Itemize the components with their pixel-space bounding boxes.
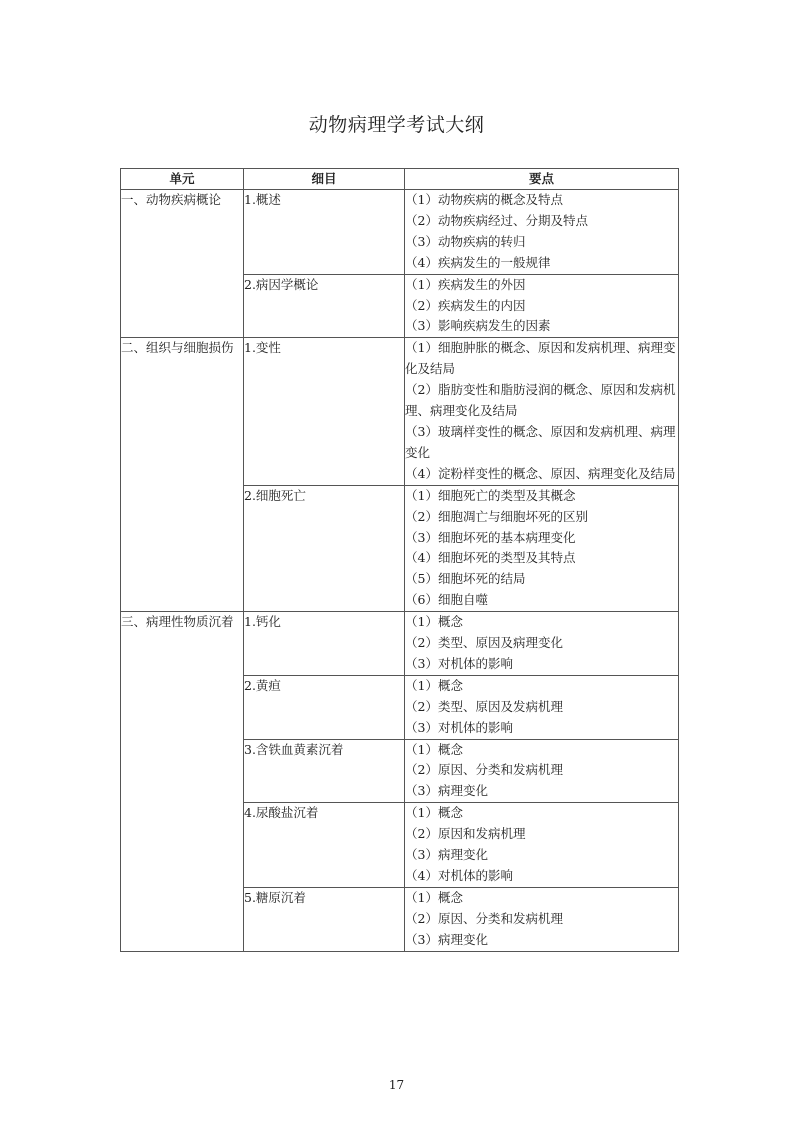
point: （4）淀粉样变性的概念、原因、病理变化及结局 bbox=[405, 464, 678, 485]
point: （2）原因、分类和发病机理 bbox=[405, 909, 678, 930]
table-row: 二、组织与细胞损伤 1.变性 （1）细胞肿胀的概念、原因和发病机理、病理变化及结… bbox=[121, 338, 679, 485]
header-points: 要点 bbox=[405, 169, 679, 190]
point: （1）概念 bbox=[405, 803, 678, 824]
point: （2）原因、分类和发病机理 bbox=[405, 760, 678, 781]
points-cell: （1）概念 （2）类型、原因及病理变化 （3）对机体的影响 bbox=[405, 612, 679, 676]
point: （1）细胞肿胀的概念、原因和发病机理、病理变化及结局 bbox=[405, 338, 678, 380]
table-row: 一、动物疾病概论 1.概述 （1）动物疾病的概念及特点 （2）动物疾病经过、分期… bbox=[121, 190, 679, 275]
point: （4）疾病发生的一般规律 bbox=[405, 253, 678, 274]
header-unit: 单元 bbox=[121, 169, 244, 190]
header-item: 细目 bbox=[244, 169, 405, 190]
item-cell: 4.尿酸盐沉着 bbox=[244, 803, 405, 888]
point: （3）细胞坏死的基本病理变化 bbox=[405, 528, 678, 549]
point: （3）病理变化 bbox=[405, 930, 678, 951]
item-cell: 3.含铁血黄素沉着 bbox=[244, 739, 405, 803]
point: （2）类型、原因及发病机理 bbox=[405, 697, 678, 718]
points-cell: （1）动物疾病的概念及特点 （2）动物疾病经过、分期及特点 （3）动物疾病的转归… bbox=[405, 190, 679, 275]
point: （1）概念 bbox=[405, 888, 678, 909]
point: （2）类型、原因及病理变化 bbox=[405, 633, 678, 654]
point: （1）细胞死亡的类型及其概念 bbox=[405, 486, 678, 507]
point: （3）病理变化 bbox=[405, 781, 678, 802]
point: （2）原因和发病机理 bbox=[405, 824, 678, 845]
item-cell: 2.细胞死亡 bbox=[244, 485, 405, 611]
points-cell: （1）疾病发生的外因 （2）疾病发生的内因 （3）影响疾病发生的因素 bbox=[405, 274, 679, 338]
item-cell: 2.病因学概论 bbox=[244, 274, 405, 338]
point: （3）病理变化 bbox=[405, 845, 678, 866]
unit-cell: 三、病理性物质沉着 bbox=[121, 612, 244, 952]
item-cell: 1.概述 bbox=[244, 190, 405, 275]
unit-cell: 二、组织与细胞损伤 bbox=[121, 338, 244, 612]
point: （4）细胞坏死的类型及其特点 bbox=[405, 548, 678, 569]
point: （3）对机体的影响 bbox=[405, 718, 678, 739]
point: （3）对机体的影响 bbox=[405, 654, 678, 675]
point: （3）影响疾病发生的因素 bbox=[405, 316, 678, 337]
point: （2）疾病发生的内因 bbox=[405, 296, 678, 317]
point: （2）脂肪变性和脂肪浸润的概念、原因和发病机理、病理变化及结局 bbox=[405, 380, 678, 422]
points-cell: （1）概念 （2）类型、原因及发病机理 （3）对机体的影响 bbox=[405, 675, 679, 739]
point: （3）玻璃样变性的概念、原因和发病机理、病理变化 bbox=[405, 422, 678, 464]
syllabus-table: 单元 细目 要点 一、动物疾病概论 1.概述 （1）动物疾病的概念及特点 （2）… bbox=[120, 168, 679, 952]
point: （1）动物疾病的概念及特点 bbox=[405, 190, 678, 211]
points-cell: （1）细胞肿胀的概念、原因和发病机理、病理变化及结局 （2）脂肪变性和脂肪浸润的… bbox=[405, 338, 679, 485]
item-cell: 1.变性 bbox=[244, 338, 405, 485]
point: （6）细胞自噬 bbox=[405, 590, 678, 611]
item-cell: 5.糖原沉着 bbox=[244, 887, 405, 951]
page-number: 17 bbox=[0, 1078, 793, 1092]
point: （1）概念 bbox=[405, 676, 678, 697]
points-cell: （1）概念 （2）原因、分类和发病机理 （3）病理变化 bbox=[405, 887, 679, 951]
point: （1）概念 bbox=[405, 740, 678, 761]
table-row: 三、病理性物质沉着 1.钙化 （1）概念 （2）类型、原因及病理变化 （3）对机… bbox=[121, 612, 679, 676]
item-cell: 2.黄疸 bbox=[244, 675, 405, 739]
point: （5）细胞坏死的结局 bbox=[405, 569, 678, 590]
point: （3）动物疾病的转归 bbox=[405, 232, 678, 253]
item-cell: 1.钙化 bbox=[244, 612, 405, 676]
points-cell: （1）概念 （2）原因和发病机理 （3）病理变化 （4）对机体的影响 bbox=[405, 803, 679, 888]
point: （1）概念 bbox=[405, 612, 678, 633]
point: （4）对机体的影响 bbox=[405, 866, 678, 887]
points-cell: （1）概念 （2）原因、分类和发病机理 （3）病理变化 bbox=[405, 739, 679, 803]
unit-cell: 一、动物疾病概论 bbox=[121, 190, 244, 338]
point: （2）动物疾病经过、分期及特点 bbox=[405, 211, 678, 232]
point: （2）细胞凋亡与细胞坏死的区别 bbox=[405, 507, 678, 528]
point: （1）疾病发生的外因 bbox=[405, 275, 678, 296]
document-title: 动物病理学考试大纲 bbox=[0, 110, 793, 137]
points-cell: （1）细胞死亡的类型及其概念 （2）细胞凋亡与细胞坏死的区别 （3）细胞坏死的基… bbox=[405, 485, 679, 611]
table-header-row: 单元 细目 要点 bbox=[121, 169, 679, 190]
